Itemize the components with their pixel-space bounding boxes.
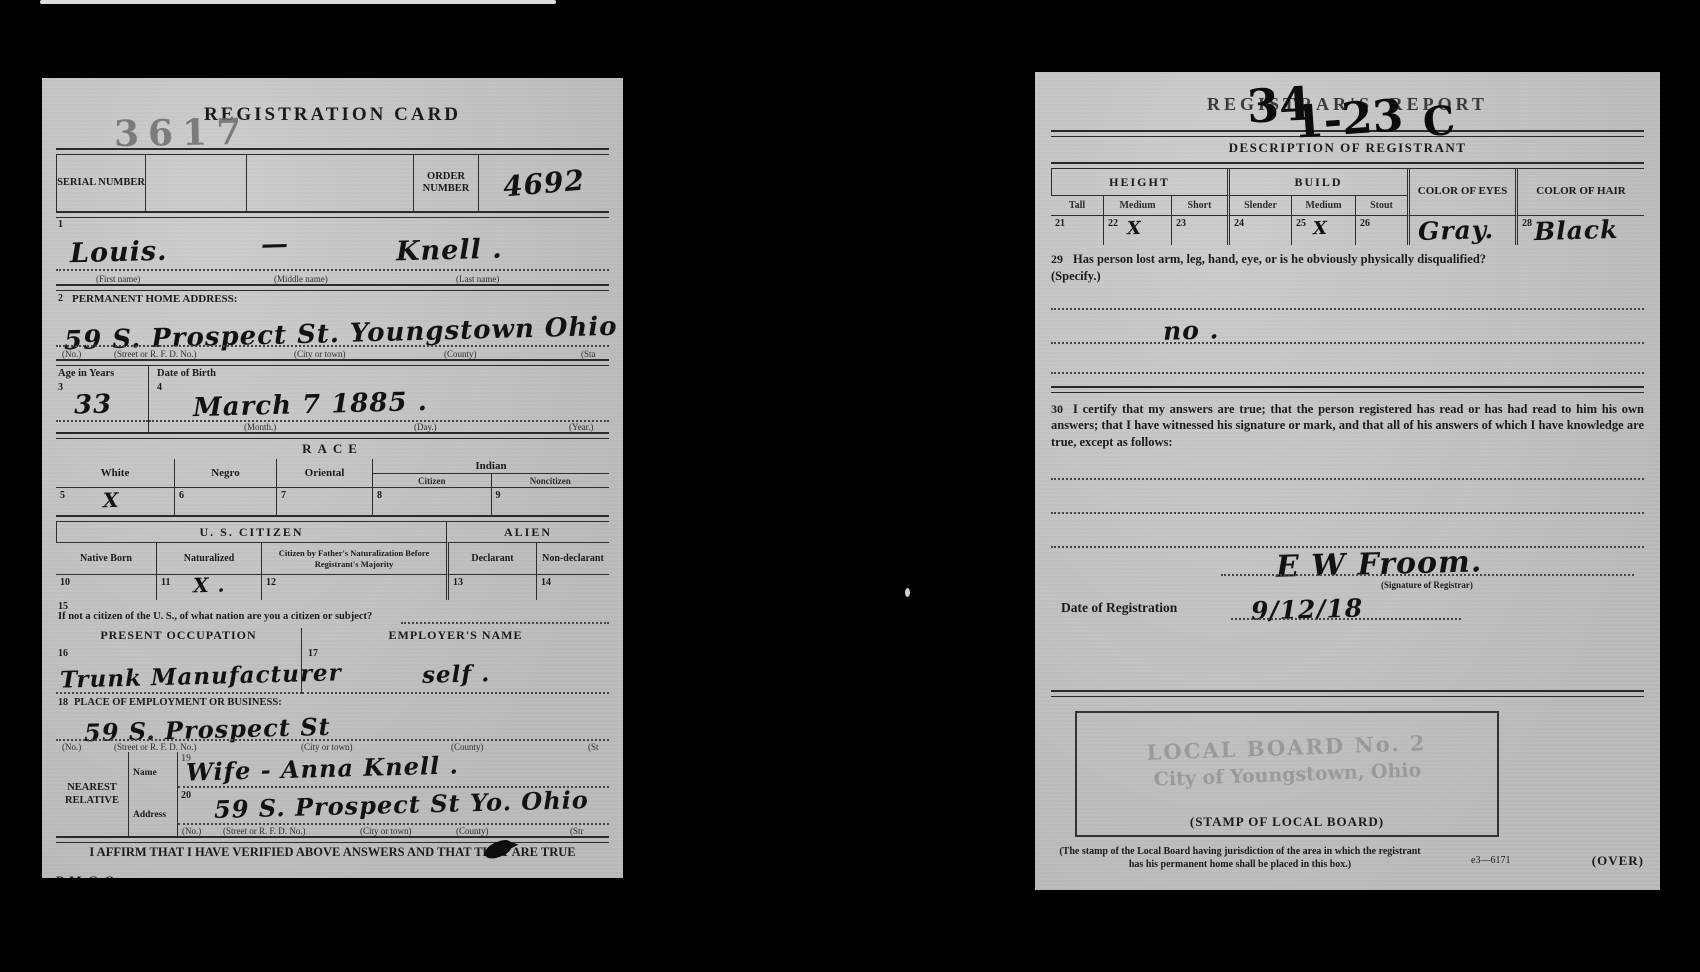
registration-card-back: 34 1-23 C REGISTRAR'S REPORT DESCRIPTION…	[1035, 72, 1660, 890]
build-medium-cell: 25 X	[1291, 215, 1355, 245]
divider	[1051, 386, 1644, 393]
citizen-header-naturalized: Naturalized	[156, 542, 261, 574]
relative-address-label: Address	[129, 794, 177, 836]
citizen-number-12: 12	[266, 577, 276, 588]
height-header: HEIGHT	[1051, 169, 1227, 195]
employment-sublabel-street: (Street or R. F. D. No.)	[114, 742, 197, 752]
race-cell-white: 5 X	[56, 487, 174, 515]
scan-dust-speck	[905, 588, 910, 597]
write-line	[149, 420, 609, 422]
question-15-text: If not a citizen of the U. S., of what n…	[58, 611, 372, 622]
employment-sublabel-city: (City or town)	[301, 742, 353, 752]
build-stout-label: Stout	[1355, 195, 1407, 215]
employer-value: self .	[422, 660, 491, 689]
field-number: 30	[1051, 402, 1073, 416]
dob-cell: Date of Birth 4 March 7 1885 . (Month.) …	[149, 366, 609, 432]
question-29-answer-row: no .	[1051, 342, 1644, 344]
registrar-signature-area: E W Froom. (Signature of Registrar)	[1051, 548, 1644, 590]
desc-number-21: 21	[1055, 218, 1065, 229]
race-cell-indian-noncitizen: 9	[491, 487, 610, 515]
middle-name-label: (Middle name)	[274, 274, 328, 284]
write-line	[1231, 618, 1461, 620]
field-number: 1	[58, 219, 63, 230]
date-of-registration-label: Date of Registration	[1061, 600, 1177, 616]
employment-row: 18 PLACE OF EMPLOYMENT OR BUSINESS: 59 S…	[56, 694, 609, 752]
race-number-6: 6	[179, 490, 184, 501]
first-name-label: (First name)	[96, 274, 140, 284]
local-board-stamp: LOCAL BOARD No. 2 City of Youngstown, Oh…	[1076, 728, 1498, 794]
citizen-number-14: 14	[541, 577, 551, 588]
eyes-color-value: Gray.	[1418, 215, 1495, 246]
dob-sublabel-day: (Day.)	[414, 422, 437, 432]
divider	[56, 211, 609, 218]
relative-values: 19 Wife - Anna Knell . 20 59 S. Prospect…	[178, 752, 609, 836]
divider	[1051, 690, 1644, 697]
race-number-9: 9	[496, 490, 501, 501]
desc-number-26: 26	[1360, 218, 1370, 229]
date-of-registration-value: 9/12/18	[1251, 593, 1364, 625]
relative-sublabel-city: (City or town)	[360, 826, 412, 836]
name-row: 1 Louis. — Knell . (First name) (Middle …	[56, 218, 609, 284]
address-sublabel-street: (Street or R. F. D. No.)	[114, 349, 197, 359]
age-label: Age in Years	[58, 368, 114, 379]
write-line	[401, 622, 609, 624]
relative-sublabel-street: (Street or R. F. D. No.)	[223, 826, 306, 836]
registrant-signature: Louis Knell	[290, 875, 468, 878]
occupation-cell: 16 Trunk Manufacturer	[56, 648, 302, 694]
relative-name-value: Wife - Anna Knell .	[186, 750, 460, 786]
description-table: HEIGHT BUILD COLOR OF EYES COLOR OF HAIR…	[1051, 169, 1644, 245]
divider	[1051, 130, 1644, 137]
employment-sublabel-no: (No.)	[62, 742, 81, 752]
race-cell-oriental: 7	[276, 487, 372, 515]
race-white-x-mark: X	[103, 488, 120, 512]
height-short-cell: 23	[1171, 215, 1227, 245]
present-occupation-header: PRESENT OCCUPATION	[56, 628, 302, 648]
question-15-row: 15 If not a citizen of the U. S., of wha…	[56, 600, 609, 628]
field-number: 16	[58, 648, 68, 659]
write-line	[56, 420, 148, 422]
race-header-oriental: Oriental	[276, 459, 372, 487]
desc-number-23: 23	[1176, 218, 1186, 229]
write-line	[1051, 512, 1644, 514]
desc-number-22: 22	[1108, 218, 1118, 229]
write-line	[178, 823, 609, 825]
relative-sublabel-state: (Str	[570, 826, 584, 836]
race-header-indian-noncitizen: Noncitizen	[491, 473, 610, 487]
middle-name-dash: —	[261, 229, 290, 261]
color-of-eyes-header: COLOR OF EYES	[1407, 169, 1515, 215]
alien-header-nondeclarant: Non-declarant	[536, 542, 609, 574]
address-sublabel-no: (No.)	[62, 349, 81, 359]
scan-edge-artifact	[40, 0, 556, 4]
signature-line	[1221, 574, 1634, 576]
divider	[56, 359, 609, 366]
citizen-number-13: 13	[453, 577, 463, 588]
address-sublabel-city: (City or town)	[294, 349, 346, 359]
back-footer: (The stamp of the Local Board having jur…	[1051, 845, 1644, 871]
divider	[56, 432, 609, 439]
stamp-instruction-note: (The stamp of the Local Board having jur…	[1051, 845, 1429, 871]
registrars-report-title: REGISTRAR'S REPORT	[1051, 72, 1644, 130]
relative-sublabel-county: (County)	[456, 826, 489, 836]
field-number: 2	[58, 293, 63, 304]
field-number: 29	[1051, 252, 1073, 266]
registrant-signature-area: Louis Knell (Registrant's signature or m…	[215, 865, 562, 878]
citizen-header-father: Citizen by Father's Naturalization Befor…	[261, 542, 446, 574]
blank-space	[1051, 626, 1644, 690]
question-29-text: Has person lost arm, leg, hand, eye, or …	[1073, 252, 1486, 266]
race-table: White Negro Oriental Indian Citizen Nonc…	[56, 459, 609, 515]
serial-order-row: SERIAL NUMBER ORDER NUMBER 4692	[56, 155, 609, 211]
desc-number-28: 28	[1522, 218, 1532, 229]
race-header-negro: Negro	[174, 459, 276, 487]
citizen-cell-naturalized: 11 X .	[156, 574, 261, 600]
build-header: BUILD	[1227, 169, 1407, 195]
over-label: (OVER)	[1592, 853, 1644, 869]
occupation-value: Trunk Manufacturer	[60, 659, 342, 693]
race-section-title: RACE	[56, 439, 609, 459]
build-slender-cell: 24	[1227, 215, 1291, 245]
relative-name-label: Name	[129, 752, 177, 794]
occupation-header-row: PRESENT OCCUPATION EMPLOYER'S NAME	[56, 628, 609, 648]
description-section-title: DESCRIPTION OF REGISTRANT	[1051, 137, 1644, 162]
address-sublabel-county: (County)	[444, 349, 477, 359]
employers-name-header: EMPLOYER'S NAME	[302, 628, 609, 648]
question-29-specify: (Specify.)	[1051, 268, 1644, 284]
build-medium-x-mark: X	[1313, 218, 1329, 239]
race-cell-negro: 6	[174, 487, 276, 515]
last-name-label: (Last name)	[456, 274, 499, 284]
first-name-value: Louis.	[70, 236, 168, 270]
alien-header-declarant: Declarant	[446, 542, 536, 574]
write-line	[1051, 372, 1644, 374]
pmgo-line: P. M. G. O.	[56, 873, 118, 878]
race-cell-indian-citizen: 8	[372, 487, 491, 515]
relative-address-value: 59 S. Prospect St Yo. Ohio	[214, 785, 589, 824]
form-issuer-block: P. M. G. O. Form No. 1 (Red)	[56, 865, 153, 878]
age-dob-row: Age in Years 3 33 Date of Birth 4 March …	[56, 366, 609, 432]
registration-card-front: 3617 REGISTRATION CARD SERIAL NUMBER ORD…	[42, 78, 623, 878]
build-medium-label: Medium	[1291, 195, 1355, 215]
question-29-answer: no .	[1163, 315, 1220, 345]
order-number-label: ORDER NUMBER	[413, 155, 479, 211]
color-of-hair-header: COLOR OF HAIR	[1515, 169, 1644, 215]
nearest-relative-label: NEAREST RELATIVE	[56, 752, 129, 836]
question-29-block: 29Has person lost arm, leg, hand, eye, o…	[1051, 251, 1644, 284]
field-number: 17	[308, 648, 318, 659]
serial-number-field	[146, 155, 247, 211]
alien-cell-nondeclarant: 14	[536, 574, 609, 600]
field-number: 3	[58, 382, 63, 393]
stamp-of-local-board-caption: (STAMP OF LOCAL BOARD)	[1077, 814, 1497, 830]
write-line	[1051, 342, 1644, 344]
employment-label: PLACE OF EMPLOYMENT OR BUSINESS:	[74, 697, 282, 708]
citizen-header-native: Native Born	[56, 542, 156, 574]
desc-number-24: 24	[1234, 218, 1244, 229]
question-30-block: 30I certify that my answers are true; th…	[1051, 401, 1644, 450]
height-tall-cell: 21	[1051, 215, 1103, 245]
race-number-5: 5	[60, 490, 65, 501]
height-medium-label: Medium	[1103, 195, 1171, 215]
dob-sublabel-year: (Year.)	[569, 422, 593, 432]
citizen-cell-father: 12	[261, 574, 446, 600]
address-sublabel-state: (Sta	[581, 349, 596, 359]
age-cell: Age in Years 3 33	[56, 366, 149, 432]
us-citizen-header: U. S. CITIZEN	[56, 522, 446, 542]
divider	[56, 515, 609, 522]
citizen-number-11: 11	[161, 577, 170, 588]
home-address-row: 2 PERMANENT HOME ADDRESS: 59 S. Prospect…	[56, 291, 609, 359]
write-line	[56, 269, 609, 271]
serial-number-stamp: 3617	[114, 111, 251, 155]
dob-sublabel-month: (Month.)	[244, 422, 276, 432]
write-line	[56, 739, 609, 741]
registrar-signature: E W Froom.	[1276, 544, 1483, 584]
desc-number-25: 25	[1296, 218, 1306, 229]
write-line	[1051, 308, 1644, 310]
alien-cell-declarant: 13	[446, 574, 536, 600]
divider	[56, 836, 609, 843]
field-number: 4	[157, 382, 162, 393]
race-header-indian: Indian	[372, 459, 609, 473]
dob-label: Date of Birth	[157, 368, 216, 379]
employment-sublabel-state: (St	[588, 742, 599, 752]
relative-field-labels: Name Address	[129, 752, 178, 836]
eyes-value-cell: Gray.	[1407, 215, 1515, 245]
affirmation-statement: I AFFIRM THAT I HAVE VERIFIED ABOVE ANSW…	[56, 843, 609, 863]
divider	[56, 284, 609, 291]
build-stout-cell: 26	[1355, 215, 1407, 245]
race-number-7: 7	[281, 490, 286, 501]
dob-value: March 7 1885 .	[193, 387, 428, 423]
employer-cell: 17 self .	[302, 648, 609, 694]
local-board-stamp-box: LOCAL BOARD No. 2 City of Youngstown, Oh…	[1075, 711, 1499, 837]
write-line	[56, 345, 609, 347]
registrar-signature-label: (Signature of Registrar)	[1381, 580, 1473, 590]
field-number: 20	[181, 790, 191, 801]
occupation-value-row: 16 Trunk Manufacturer 17 self .	[56, 648, 609, 694]
height-tall-label: Tall	[1051, 195, 1103, 215]
front-footer: P. M. G. O. Form No. 1 (Red) e3—6171 Lou…	[56, 865, 609, 878]
field-number: 18	[58, 697, 68, 708]
citizenship-table: U. S. CITIZEN ALIEN Native Born Naturali…	[56, 522, 609, 600]
age-value: 33	[74, 390, 113, 421]
divider	[1051, 162, 1644, 169]
print-code: e3—6171	[1471, 855, 1510, 866]
naturalized-x-mark: X .	[193, 573, 226, 598]
race-number-8: 8	[377, 490, 382, 501]
height-medium-cell: 22 X	[1103, 215, 1171, 245]
alien-header: ALIEN	[446, 522, 609, 542]
last-name-value: Knell .	[396, 234, 503, 268]
relative-sublabel-no: (No.)	[182, 826, 201, 836]
serial-number-label: SERIAL NUMBER	[56, 155, 146, 211]
nearest-relative-block: NEAREST RELATIVE Name Address 19 Wife - …	[56, 752, 609, 836]
race-header-indian-citizen: Citizen	[372, 473, 491, 487]
height-short-label: Short	[1171, 195, 1227, 215]
race-header-white: White	[56, 459, 174, 487]
home-address-label: PERMANENT HOME ADDRESS:	[72, 293, 237, 305]
date-of-registration-row: Date of Registration 9/12/18	[1051, 590, 1644, 626]
citizen-cell-native: 10	[56, 574, 156, 600]
hair-color-value: Black	[1534, 215, 1619, 246]
write-line	[1051, 478, 1644, 480]
build-slender-label: Slender	[1227, 195, 1291, 215]
order-number-value: 4692	[502, 163, 587, 203]
certification-text: I certify that my answers are true; that…	[1051, 402, 1644, 449]
height-medium-x-mark: X	[1126, 218, 1142, 239]
hair-value-cell: 28 Black	[1515, 215, 1644, 245]
citizen-number-10: 10	[60, 577, 70, 588]
